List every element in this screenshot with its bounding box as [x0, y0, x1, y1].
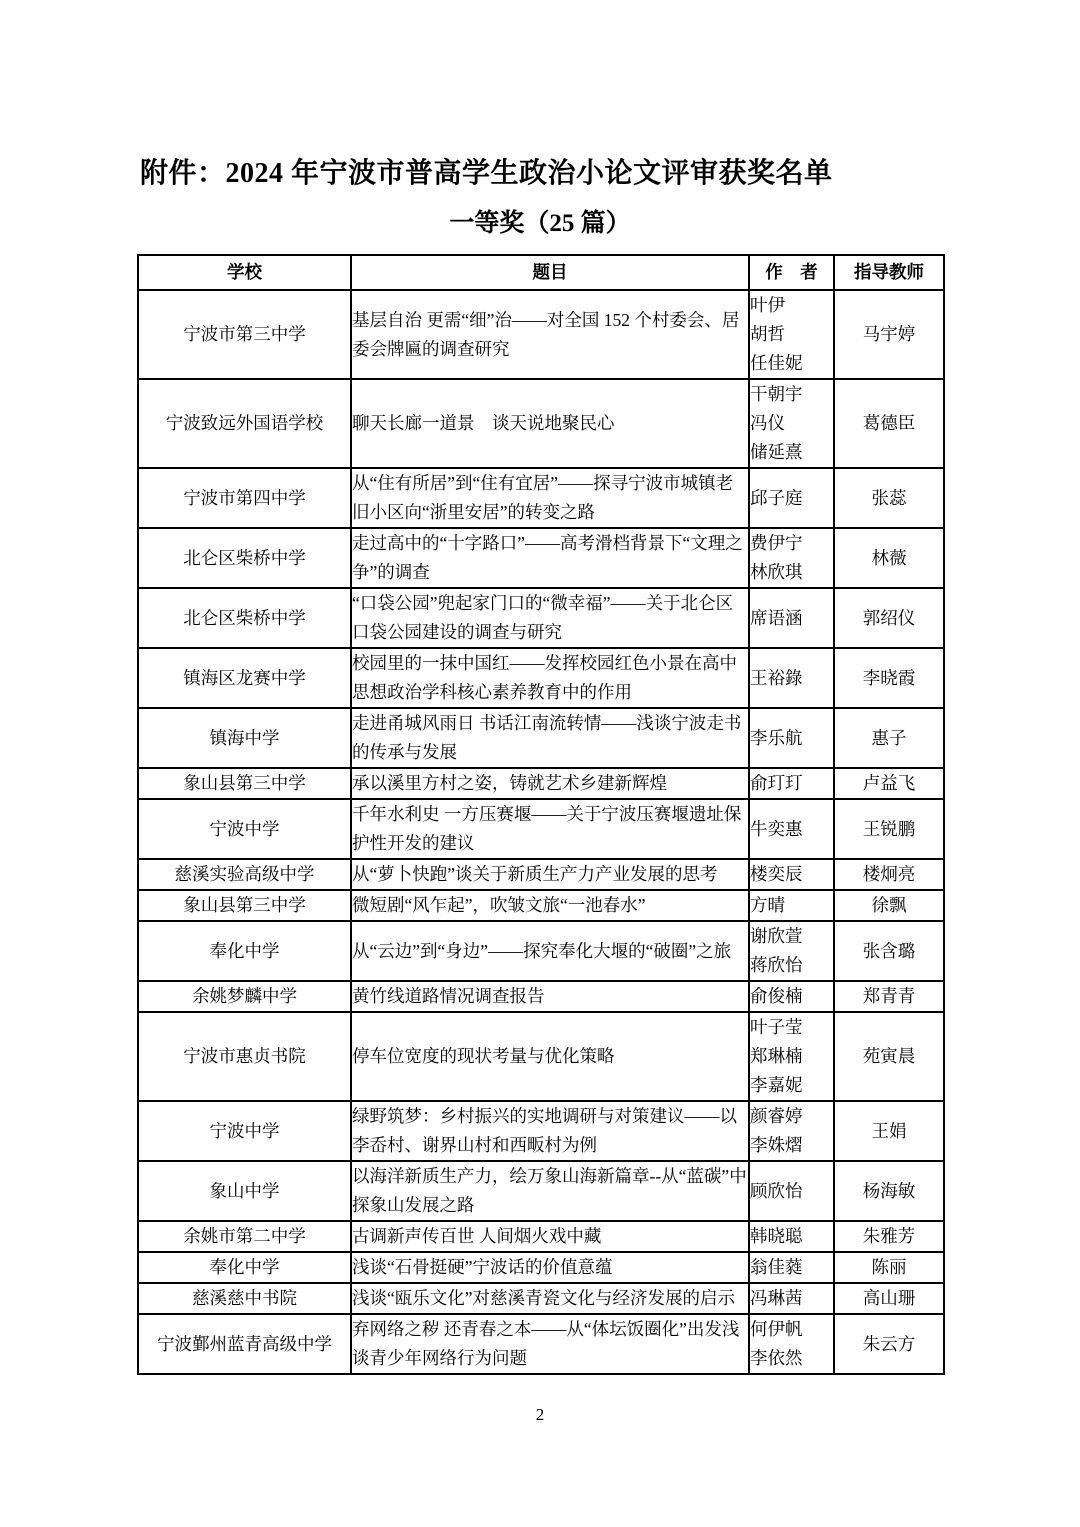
- paper-title-cell: 浅谈“石骨挺硬”宁波话的价值意蕴: [351, 1252, 749, 1283]
- paper-title-cell: 停车位宽度的现状考量与优化策略: [351, 1012, 749, 1101]
- authors-cell: 俞俊楠: [749, 981, 834, 1012]
- authors-cell: 牛奕惠: [749, 799, 834, 859]
- col-header-advisor: 指导教师: [834, 255, 944, 290]
- school-cell: 宁波市惠贞书院: [138, 1012, 351, 1101]
- table-row: 象山县第三中学微短剧“风乍起”，吹皱文旅“一池春水”方晴徐飘: [138, 890, 944, 921]
- paper-title-cell: 聊天长廊一道景 谈天说地聚民心: [351, 379, 749, 468]
- advisor-cell: 杨海敏: [834, 1161, 944, 1221]
- authors-cell: 冯琳茜: [749, 1283, 834, 1314]
- paper-title-cell: 古调新声传百世 人间烟火戏中藏: [351, 1221, 749, 1252]
- author-name: 何伊帆: [750, 1315, 833, 1344]
- attachment-title: 附件：2024 年宁波市普高学生政治小论文评审获奖名单: [137, 0, 943, 192]
- paper-title-cell: 从“云边”到“身边”——探究奉化大堰的“破圈”之旅: [351, 921, 749, 981]
- table-row: 奉化中学从“云边”到“身边”——探究奉化大堰的“破圈”之旅谢欣萱蒋欣怡张含璐: [138, 921, 944, 981]
- table-row: 宁波致远外国语学校聊天长廊一道景 谈天说地聚民心干朝宇冯仪储延熹葛德臣: [138, 379, 944, 468]
- advisor-cell: 卢益飞: [834, 768, 944, 799]
- table-row: 宁波市惠贞书院停车位宽度的现状考量与优化策略叶子莹郑琳楠李嘉妮苑寅晨: [138, 1012, 944, 1101]
- school-cell: 慈溪慈中书院: [138, 1283, 351, 1314]
- author-name: 颜睿婷: [750, 1102, 833, 1131]
- author-name: 邱子庭: [750, 484, 833, 513]
- paper-title-cell: 从“住有所居”到“住有宜居”——探寻宁波市城镇老旧小区向“浙里安居”的转变之路: [351, 468, 749, 528]
- school-cell: 余姚梦麟中学: [138, 981, 351, 1012]
- authors-cell: 顾欣怡: [749, 1161, 834, 1221]
- author-name: 翁佳蕤: [750, 1253, 833, 1282]
- authors-cell: 干朝宇冯仪储延熹: [749, 379, 834, 468]
- table-row: 北仑区柴桥中学走过高中的“十字路口”——高考滑档背景下“文理之争”的调查费伊宁林…: [138, 528, 944, 588]
- author-name: 李依然: [750, 1344, 833, 1373]
- table-row: 北仑区柴桥中学“口袋公园”兜起家门口的“微幸福”——关于北仑区口袋公园建设的调查…: [138, 588, 944, 648]
- advisor-cell: 张含璐: [834, 921, 944, 981]
- table-row: 宁波中学千年水利史 一方压赛堰——关于宁波压赛堰遗址保护性开发的建议牛奕惠王锐鹏: [138, 799, 944, 859]
- school-cell: 宁波市第四中学: [138, 468, 351, 528]
- paper-title-cell: 浅谈“瓯乐文化”对慈溪青瓷文化与经济发展的启示: [351, 1283, 749, 1314]
- table-row: 余姚市第二中学古调新声传百世 人间烟火戏中藏韩晓聪朱雅芳: [138, 1221, 944, 1252]
- table-row: 象山县第三中学承以溪里方村之姿，铸就艺术乡建新辉煌俞玎玎卢益飞: [138, 768, 944, 799]
- author-name: 干朝宇: [750, 380, 833, 409]
- table-row: 象山中学以海洋新质生产力，绘万象山海新篇章--从“蓝碳”中探象山发展之路顾欣怡杨…: [138, 1161, 944, 1221]
- school-cell: 镇海中学: [138, 708, 351, 768]
- paper-title-cell: 基层自治 更需“细”治——对全国 152 个村委会、居委会牌匾的调查研究: [351, 290, 749, 379]
- author-name: 胡哲: [750, 320, 833, 349]
- authors-cell: 王裕錄: [749, 648, 834, 708]
- author-name: 叶伊: [750, 291, 833, 320]
- school-cell: 余姚市第二中学: [138, 1221, 351, 1252]
- author-name: 费伊宁: [750, 529, 833, 558]
- col-header-title: 题目: [351, 255, 749, 290]
- advisor-cell: 徐飘: [834, 890, 944, 921]
- school-cell: 象山县第三中学: [138, 890, 351, 921]
- author-name: 俞玎玎: [750, 769, 833, 798]
- school-cell: 镇海区龙赛中学: [138, 648, 351, 708]
- paper-title-cell: 校园里的一抹中国红——发挥校园红色小景在高中思想政治学科核心素养教育中的作用: [351, 648, 749, 708]
- author-name: 牛奕惠: [750, 815, 833, 844]
- author-name: 顾欣怡: [750, 1177, 833, 1206]
- author-name: 储延熹: [750, 438, 833, 467]
- authors-cell: 谢欣萱蒋欣怡: [749, 921, 834, 981]
- author-name: 李姝熠: [750, 1131, 833, 1160]
- author-name: 蒋欣怡: [750, 951, 833, 980]
- author-name: 李乐航: [750, 724, 833, 753]
- advisor-cell: 张蕊: [834, 468, 944, 528]
- authors-cell: 何伊帆李依然: [749, 1314, 834, 1374]
- advisor-cell: 郭绍仪: [834, 588, 944, 648]
- author-name: 方晴: [750, 891, 833, 920]
- table-row: 镇海区龙赛中学校园里的一抹中国红——发挥校园红色小景在高中思想政治学科核心素养教…: [138, 648, 944, 708]
- authors-cell: 邱子庭: [749, 468, 834, 528]
- author-name: 俞俊楠: [750, 982, 833, 1011]
- award-table: 学校 题目 作 者 指导教师 宁波市第三中学基层自治 更需“细”治——对全国 1…: [137, 254, 945, 1375]
- table-row: 宁波中学绿野筑梦：乡村振兴的实地调研与对策建议——以李岙村、谢界山村和西畈村为例…: [138, 1101, 944, 1161]
- authors-cell: 翁佳蕤: [749, 1252, 834, 1283]
- authors-cell: 叶伊胡哲任佳妮: [749, 290, 834, 379]
- author-name: 郑琳楠: [750, 1042, 833, 1071]
- authors-cell: 叶子莹郑琳楠李嘉妮: [749, 1012, 834, 1101]
- author-name: 李嘉妮: [750, 1071, 833, 1100]
- author-name: 林欣琪: [750, 558, 833, 587]
- table-row: 宁波鄞州蓝青高级中学弃网络之秽 还青春之本——从“体坛饭圈化”出发浅谈青少年网络…: [138, 1314, 944, 1374]
- authors-cell: 费伊宁林欣琪: [749, 528, 834, 588]
- table-row: 镇海中学走进甬城风雨日 书话江南流转情——浅谈宁波走书的传承与发展李乐航惠子: [138, 708, 944, 768]
- paper-title-cell: 微短剧“风乍起”，吹皱文旅“一池春水”: [351, 890, 749, 921]
- advisor-cell: 王锐鹏: [834, 799, 944, 859]
- advisor-cell: 马宇婷: [834, 290, 944, 379]
- paper-title-cell: 以海洋新质生产力，绘万象山海新篇章--从“蓝碳”中探象山发展之路: [351, 1161, 749, 1221]
- document-page: 附件：2024 年宁波市普高学生政治小论文评审获奖名单 一等奖（25 篇） 学校…: [0, 0, 1080, 1527]
- authors-cell: 李乐航: [749, 708, 834, 768]
- table-row: 余姚梦麟中学黄竹线道路情况调查报告俞俊楠郑青青: [138, 981, 944, 1012]
- school-cell: 宁波中学: [138, 1101, 351, 1161]
- advisor-cell: 惠子: [834, 708, 944, 768]
- table-row: 慈溪实验高级中学从“萝卜快跑”谈关于新质生产力产业发展的思考楼奕辰楼炯亮: [138, 859, 944, 890]
- advisor-cell: 郑青青: [834, 981, 944, 1012]
- author-name: 叶子莹: [750, 1013, 833, 1042]
- author-name: 席语涵: [750, 604, 833, 633]
- school-cell: 宁波中学: [138, 799, 351, 859]
- author-name: 任佳妮: [750, 349, 833, 378]
- school-cell: 象山中学: [138, 1161, 351, 1221]
- school-cell: 宁波市第三中学: [138, 290, 351, 379]
- header-row: 学校 题目 作 者 指导教师: [138, 255, 944, 290]
- advisor-cell: 楼炯亮: [834, 859, 944, 890]
- paper-title-cell: “口袋公园”兜起家门口的“微幸福”——关于北仑区口袋公园建设的调查与研究: [351, 588, 749, 648]
- advisor-cell: 高山珊: [834, 1283, 944, 1314]
- paper-title-cell: 走进甬城风雨日 书话江南流转情——浅谈宁波走书的传承与发展: [351, 708, 749, 768]
- school-cell: 象山县第三中学: [138, 768, 351, 799]
- authors-cell: 韩晓聪: [749, 1221, 834, 1252]
- authors-cell: 俞玎玎: [749, 768, 834, 799]
- paper-title-cell: 绿野筑梦：乡村振兴的实地调研与对策建议——以李岙村、谢界山村和西畈村为例: [351, 1101, 749, 1161]
- author-name: 谢欣萱: [750, 922, 833, 951]
- school-cell: 宁波鄞州蓝青高级中学: [138, 1314, 351, 1374]
- paper-title-cell: 弃网络之秽 还青春之本——从“体坛饭圈化”出发浅谈青少年网络行为问题: [351, 1314, 749, 1374]
- advisor-cell: 朱雅芳: [834, 1221, 944, 1252]
- school-cell: 北仑区柴桥中学: [138, 528, 351, 588]
- authors-cell: 楼奕辰: [749, 859, 834, 890]
- school-cell: 宁波致远外国语学校: [138, 379, 351, 468]
- table-row: 宁波市第三中学基层自治 更需“细”治——对全国 152 个村委会、居委会牌匾的调…: [138, 290, 944, 379]
- advisor-cell: 朱云方: [834, 1314, 944, 1374]
- advisor-cell: 苑寅晨: [834, 1012, 944, 1101]
- paper-title-cell: 走过高中的“十字路口”——高考滑档背景下“文理之争”的调查: [351, 528, 749, 588]
- page-number: 2: [0, 1405, 1080, 1425]
- advisor-cell: 葛德臣: [834, 379, 944, 468]
- table-row: 宁波市第四中学从“住有所居”到“住有宜居”——探寻宁波市城镇老旧小区向“浙里安居…: [138, 468, 944, 528]
- table-row: 奉化中学浅谈“石骨挺硬”宁波话的价值意蕴翁佳蕤陈丽: [138, 1252, 944, 1283]
- award-table-body: 宁波市第三中学基层自治 更需“细”治——对全国 152 个村委会、居委会牌匾的调…: [138, 290, 944, 1374]
- authors-cell: 席语涵: [749, 588, 834, 648]
- school-cell: 北仑区柴桥中学: [138, 588, 351, 648]
- advisor-cell: 李晓霞: [834, 648, 944, 708]
- school-cell: 奉化中学: [138, 921, 351, 981]
- col-header-school: 学校: [138, 255, 351, 290]
- paper-title-cell: 千年水利史 一方压赛堰——关于宁波压赛堰遗址保护性开发的建议: [351, 799, 749, 859]
- authors-cell: 颜睿婷李姝熠: [749, 1101, 834, 1161]
- author-name: 王裕錄: [750, 664, 833, 693]
- author-name: 冯仪: [750, 409, 833, 438]
- author-name: 冯琳茜: [750, 1284, 833, 1313]
- section-title: 一等奖（25 篇）: [137, 208, 943, 240]
- advisor-cell: 王娟: [834, 1101, 944, 1161]
- author-name: 韩晓聪: [750, 1222, 833, 1251]
- table-row: 慈溪慈中书院浅谈“瓯乐文化”对慈溪青瓷文化与经济发展的启示冯琳茜高山珊: [138, 1283, 944, 1314]
- authors-cell: 方晴: [749, 890, 834, 921]
- col-header-author: 作 者: [749, 255, 834, 290]
- author-name: 楼奕辰: [750, 860, 833, 889]
- school-cell: 慈溪实验高级中学: [138, 859, 351, 890]
- school-cell: 奉化中学: [138, 1252, 351, 1283]
- paper-title-cell: 黄竹线道路情况调查报告: [351, 981, 749, 1012]
- advisor-cell: 林薇: [834, 528, 944, 588]
- paper-title-cell: 承以溪里方村之姿，铸就艺术乡建新辉煌: [351, 768, 749, 799]
- paper-title-cell: 从“萝卜快跑”谈关于新质生产力产业发展的思考: [351, 859, 749, 890]
- award-table-header: 学校 题目 作 者 指导教师: [138, 255, 944, 290]
- advisor-cell: 陈丽: [834, 1252, 944, 1283]
- document-content: 附件：2024 年宁波市普高学生政治小论文评审获奖名单 一等奖（25 篇） 学校…: [137, 0, 943, 1375]
